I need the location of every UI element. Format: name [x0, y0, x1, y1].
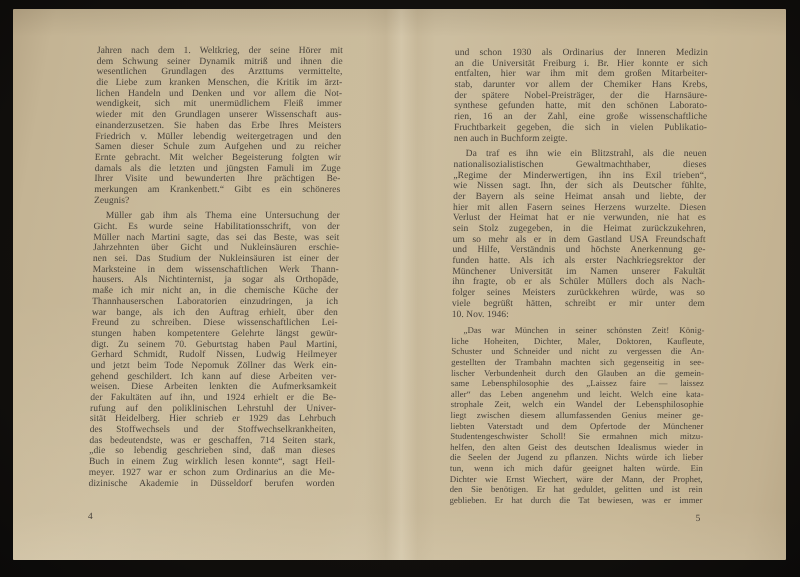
text-line: viele begrüßt hätten, schreibt er mir un… — [452, 299, 705, 310]
text-line: Müller gab ihm als Thema eine Untersuchu… — [94, 211, 340, 222]
text-line: 10. Nov. 1946: — [452, 310, 705, 321]
text-line: der spätere Nobel-Preisträger, der die H… — [454, 91, 707, 102]
text-line: lichen Handeln und Denken und vor allem … — [96, 89, 342, 100]
photo-backdrop: Jahren nach dem 1. Weltkrieg, der seine … — [0, 0, 800, 577]
paragraph: Müller gab ihm als Thema eine Untersuchu… — [88, 211, 339, 489]
text-line: das bedeutendste, was er geschaffen, 714… — [89, 436, 335, 447]
text-line: „Regime der Minderwertigen, ihn ins Exil… — [453, 171, 706, 182]
text-line: den Sie benötigen. Er hat geduldet, geli… — [450, 484, 703, 495]
text-line: maße ich mir nicht an, in die chemische … — [92, 286, 338, 297]
text-line: Samen dieser Schule zum Aufgehen und zu … — [95, 142, 341, 153]
text-line: Ihrer Visite und bewunderten Ihre prächt… — [94, 174, 340, 185]
right-page-number: 5 — [695, 514, 700, 525]
text-line: meyer. 1927 war er schon zum Ordinarius … — [89, 468, 335, 479]
text-line: sein Stolz zugegeben, in die Heimat zurü… — [453, 224, 706, 235]
text-line: wesentlichen Grundlagen des Arzttums ver… — [96, 67, 342, 78]
paragraph: und schon 1930 als Ordinarius der Innere… — [454, 48, 708, 144]
text-line: liche Hoheiten, Dichter, Maler, Doktoren… — [451, 336, 704, 347]
text-line: Schuster und Schneider und nicht zu verg… — [451, 346, 704, 357]
text-line: der Fakultäten auf ihn, und 1924 erhielt… — [90, 393, 336, 404]
text-line: Buch in einem Zug wirklich lesen konnte“… — [89, 457, 335, 468]
text-line: Da traf es ihn wie ein Blitzstrahl, als … — [454, 149, 707, 160]
text-line: folger seines Meisters zurückkehren würd… — [452, 288, 705, 299]
text-line: entfalten, hier war ihm mit dem großen M… — [455, 69, 708, 80]
text-line: um so mehr als er in dem Gastland USA Fr… — [453, 235, 706, 246]
text-line: strophale Zeit, welch ein Wandel der Leb… — [451, 399, 704, 410]
text-line: stungen haben kompetentere Gelehrte läng… — [91, 329, 337, 340]
text-line: und schon 1930 als Ordinarius der Innere… — [455, 48, 708, 59]
text-line: an die Universität Freiburg i. Br. Hier … — [455, 59, 708, 70]
text-line: Verlust der Heimat hat er nie verwunden,… — [453, 213, 706, 224]
text-line: rien, 16 an der Zahl, eine große wissens… — [454, 112, 707, 123]
left-page-number: 4 — [88, 512, 93, 523]
text-line: liegt zwischen diesem allumfassenden Gen… — [450, 410, 703, 421]
text-line: tun, wenn ich mich dafür geeignet halten… — [450, 463, 703, 474]
text-line: sität Heidelberg. Hier schrieb er 1929 d… — [90, 414, 336, 425]
text-line: „Das war München in seiner schönsten Zei… — [451, 325, 704, 336]
text-line: dizinische Akademie in Düsseldorf berufe… — [88, 479, 334, 490]
paragraph: Jahren nach dem 1. Weltkrieg, der seine … — [94, 46, 343, 206]
text-line: Freund zu schreiben. Diese wissenschaftl… — [92, 318, 338, 329]
text-line: „die so lebendig geschrieben sind, daß m… — [89, 446, 335, 457]
text-line: Ernte gebracht. Mit welcher Begeisterung… — [95, 153, 341, 164]
text-line: Münchener Universität im Namen unserer F… — [452, 267, 705, 278]
text-line: einanderzusetzen. Sie haben das Erbe Ihr… — [95, 121, 341, 132]
text-line: nationalisozialistischen Gewaltmachthabe… — [454, 160, 707, 171]
text-line: Jahren nach dem 1. Weltkrieg, der seine … — [97, 46, 343, 57]
text-line: same Lebensphilosophie des „Laissez fair… — [451, 378, 704, 389]
text-line: Zeugnis? — [94, 196, 340, 207]
text-line: geblieben. Er hat durch die Tat bewiesen… — [449, 495, 702, 506]
text-line: rufung auf den poliklinischen Lehrstuhl … — [90, 404, 336, 415]
text-line: weisen. Diese Arbeiten lenkten die Aufme… — [90, 382, 336, 393]
text-line: Marksteine in dem wissenschaftlichen Wer… — [93, 265, 339, 276]
text-line: und Hilfe, Verständnis und höchste Anerk… — [452, 245, 705, 256]
text-line: synthese gefunden hatte, mit den schönen… — [454, 101, 707, 112]
text-line: digt. Zu seinem 70. Geburtstag haben Pau… — [91, 340, 337, 351]
text-line: Gerhard Schmidt, Rudolf Nissen, Ludwig H… — [91, 350, 337, 361]
text-line: hausers. Als Nichtinternist, ja sogar al… — [92, 275, 338, 286]
text-line: Dichter wie Ernst Wiechert, wäre der Man… — [450, 474, 703, 485]
text-line: wendigkeit, sich mit unermüdlichem Fleiß… — [96, 99, 342, 110]
text-line: dem Schwung seiner Dynamik mitriß und ih… — [97, 57, 343, 68]
text-line: Gicht. Es wurde seine Habilitationsschri… — [93, 222, 339, 233]
text-line: Friedrich v. Müller lebendig weitergetra… — [95, 132, 341, 143]
text-line: helfen, den alten Geist des deutschen Id… — [450, 442, 703, 453]
text-line: damals als die letzten und jüngsten Famu… — [95, 164, 341, 175]
text-line: wie Nissen sagt. Ihn, der sich als Deuts… — [453, 181, 706, 192]
text-line: die Liebe zum kranken Menschen, die Krit… — [96, 78, 342, 89]
right-page: und schon 1930 als Ordinarius der Innere… — [449, 48, 708, 505]
text-line: gestellten der Trambahn machten sich geg… — [451, 357, 704, 368]
text-line: war bange, als ich den Auftrag erhielt, … — [92, 308, 338, 319]
text-line: der Bayern als seine Heimat ansah und li… — [453, 192, 706, 203]
text-line: funden hatte. Als ich als erster Nachkri… — [452, 256, 705, 267]
book-fold — [365, 9, 435, 560]
right-page-text: und schon 1930 als Ordinarius der Innere… — [449, 48, 708, 505]
text-line: und jetzt beim Tode Nepomuk Zöllner das … — [91, 361, 337, 372]
text-line: stab, darunter vor allem der Chemiker Ha… — [454, 80, 707, 91]
paragraph: Da traf es ihn wie ein Blitzstrahl, als … — [452, 149, 707, 320]
text-line: nen sei. Das Studium der Nukleinsäuren i… — [93, 254, 339, 265]
paragraph: „Das war München in seiner schönsten Zei… — [449, 325, 704, 505]
text-line: hier mit allen Fasern seines Herzens wur… — [453, 203, 706, 214]
text-line: Studentengeschwister Scholl! Sie ermahne… — [450, 431, 703, 442]
text-line: die Seelen der Jugend zu pflanzen. Nicht… — [450, 452, 703, 463]
text-line: Fruchtbarkeit gegeben, die sich in viele… — [454, 123, 707, 134]
text-line: nen auch in Buchform zeigte. — [454, 134, 707, 145]
text-line: Thannhauserschen Laboratorien einzudring… — [92, 297, 338, 308]
left-page: Jahren nach dem 1. Weltkrieg, der seine … — [88, 46, 343, 489]
text-line: merkungen am Krankenbett.“ Gibt es ein s… — [94, 185, 340, 196]
left-page-text: Jahren nach dem 1. Weltkrieg, der seine … — [88, 46, 343, 489]
text-line: Jahrzehnten über Gicht und Nukleinsäuren… — [93, 243, 339, 254]
text-line: wieder mit den Grundlagen unserer Wissen… — [96, 110, 342, 121]
text-line: lischer Verbundenheit durch den Glauben … — [451, 368, 704, 379]
text-line: liebten Vaterstadt und dem Opfertode der… — [450, 421, 703, 432]
text-line: gehend geschildert. Ich kann auf diese A… — [91, 372, 337, 383]
text-line: aller“ das Leben angenehm und leicht. We… — [451, 389, 704, 400]
text-line: des Stoffwechsels und der Stoffwechselkr… — [90, 425, 336, 436]
text-line: Müller nach Martini sagte, das sei das B… — [93, 233, 339, 244]
text-line: ihn fragte, ob er als Schüler Müllers do… — [452, 277, 705, 288]
